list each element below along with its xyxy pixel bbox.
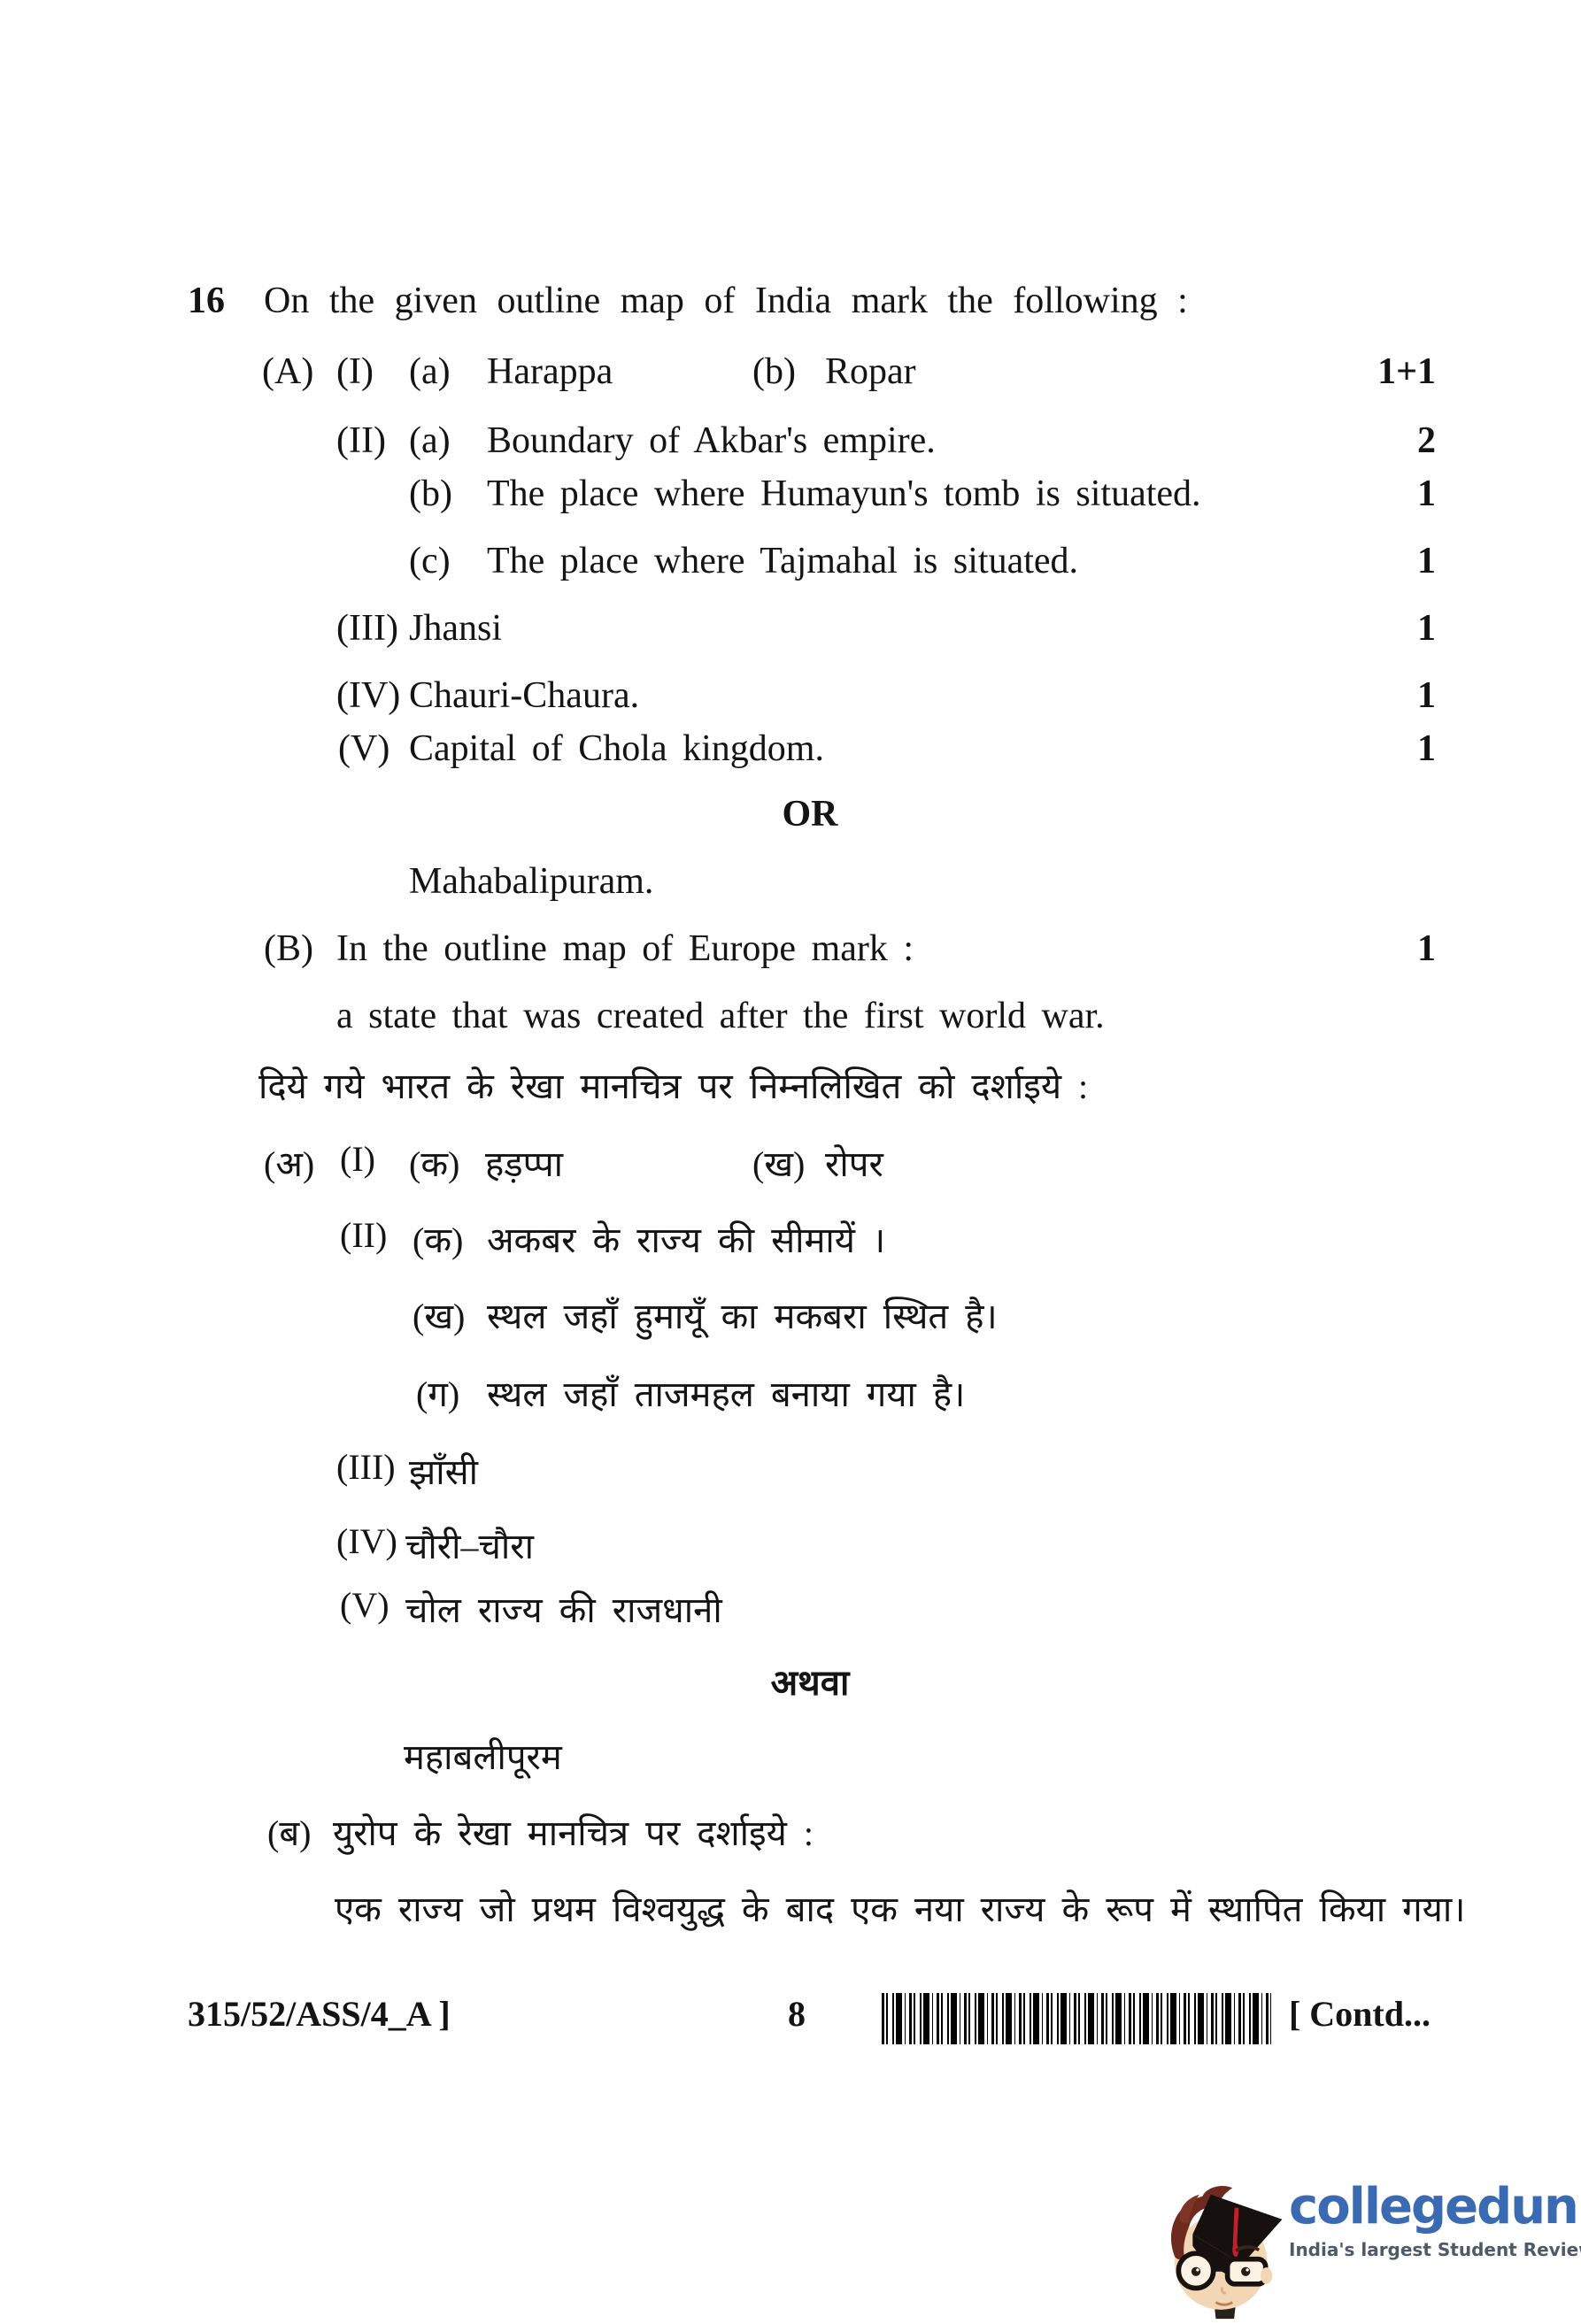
item-text: Boundary of Akbar's empire. (487, 419, 936, 462)
item-text: Chauri-Chaura. (409, 674, 639, 717)
marks-value: 1 (1417, 607, 1436, 650)
part-b-label: (B) (264, 927, 313, 970)
row-hi-ii-ka: (II) (क) अकबर के राज्य की सीमायें । (0, 1214, 1581, 1273)
row-a-iii: (III) Jhansi 1 (0, 607, 1581, 666)
item-v-label: (V) (340, 1584, 389, 1626)
item-text: अकबर के राज्य की सीमायें । (487, 1214, 885, 1263)
row-a-ii-b: (b) The place where Humayun's tomb is si… (0, 473, 1581, 531)
row-a-ii-a: (II) (a) Boundary of Akbar's empire. 2 (0, 419, 1581, 478)
collegedunia-logo: collegedunia .com India's largest Studen… (1156, 2165, 1572, 2320)
row-b-hi: (ब) युरोप के रेखा मानचित्र पर दर्शाइये : (0, 1807, 1581, 1866)
sub-b-label: (b) (752, 350, 796, 393)
brand-name: collegedunia (1289, 2181, 1581, 2234)
row-a-ii-c: (c) The place where Tajmahal is situated… (0, 540, 1581, 598)
marks-value: 1 (1417, 727, 1436, 770)
question-intro-hi: दिये गये भारत के रेखा मानचित्र पर निम्नल… (258, 1060, 1088, 1109)
question-intro-en: On the given outline map of India mark t… (264, 280, 1188, 322)
item-text: The place where Tajmahal is situated. (487, 540, 1078, 582)
sub-kha-label: (ख) (752, 1138, 805, 1187)
item-v-label: (V) (338, 727, 389, 770)
sub-a-label: (a) (409, 350, 451, 393)
item-text: Capital of Chola kingdom. (409, 727, 824, 770)
row-alt-en: Mahabalipuram. (0, 860, 1581, 919)
marks-value: 1 (1417, 473, 1436, 515)
contd-label: [ Contd... (1289, 1993, 1431, 2035)
page-footer: 315/52/ASS/4_A ] 8 [ Contd... (0, 1993, 1581, 2051)
marks-value: 1 (1417, 674, 1436, 717)
item-text-2: Ropar (825, 350, 916, 393)
item-iii-label: (III) (336, 607, 398, 650)
row-a-i: (A) (I) (a) Harappa (b) Ropar 1+1 (0, 350, 1581, 409)
marks-value: 1+1 (1377, 350, 1436, 393)
row-hi-iii: (III) झाँसी (0, 1446, 1581, 1504)
part-a-label: (A) (262, 350, 313, 393)
sub-ka-label: (क) (413, 1214, 463, 1263)
row-b2-en: a state that was created after the first… (0, 995, 1581, 1053)
exam-paper-page: 16 On the given outline map of India mar… (0, 0, 1581, 2324)
item-ii-label: (II) (336, 419, 386, 462)
row-hi-v: (V) चोल राज्य की राजधानी (0, 1584, 1581, 1643)
item-text: a state that was created after the first… (336, 995, 1105, 1037)
item-text: एक राज्य जो प्रथम विश्वयुद्ध के बाद एक न… (335, 1883, 1465, 1932)
alt-text: महाबलीपूरम (404, 1731, 562, 1780)
item-i-label: (I) (336, 350, 374, 393)
item-text: The place where Humayun's tomb is situat… (487, 473, 1201, 515)
sub-c-label: (c) (409, 540, 451, 582)
sub-ga-label: (ग) (416, 1368, 459, 1417)
row-hi-ii-kha: (ख) स्थल जहाँ हुमायूँ का मकबरा स्थित है। (0, 1290, 1581, 1349)
item-text: झाँसी (409, 1446, 478, 1495)
sub-ka-label: (क) (409, 1138, 459, 1187)
item-text: स्थल जहाँ हुमायूँ का मकबरा स्थित है। (487, 1290, 998, 1339)
sub-a-label: (a) (409, 419, 451, 462)
brand-tagline: India's largest Student Review Platform (1289, 2239, 1572, 2260)
row-hi-a-i: (अ) (I) (क) हड़प्पा (ख) रोपर (0, 1138, 1581, 1197)
marks-value: 1 (1417, 927, 1436, 970)
barcode (882, 1993, 1271, 2044)
item-text: चोल राज्य की राजधानी (405, 1584, 722, 1633)
marks-value: 1 (1417, 540, 1436, 582)
row-hi-ii-ga: (ग) स्थल जहाँ ताजमहल बनाया गया है। (0, 1368, 1581, 1427)
item-i-label: (I) (340, 1138, 375, 1180)
or-separator-hi: अथवा (186, 1657, 1434, 1715)
item-iii-label: (III) (336, 1446, 396, 1488)
part-a-label-hi: (अ) (264, 1138, 314, 1187)
item-ii-label: (II) (340, 1214, 387, 1256)
item-text: Harappa (487, 350, 613, 393)
or-separator-en: OR (186, 793, 1434, 851)
sub-b-label: (b) (409, 473, 452, 515)
item-iv-label: (IV) (336, 1520, 397, 1562)
item-iv-label: (IV) (336, 674, 400, 717)
item-text: स्थल जहाँ ताजमहल बनाया गया है। (487, 1368, 965, 1417)
question-number: 16 (188, 280, 225, 322)
item-text-2: रोपर (825, 1138, 883, 1187)
item-text: चौरी–चौरा (405, 1520, 534, 1569)
row-b-en: (B) In the outline map of Europe mark : … (0, 927, 1581, 986)
question-intro-hi-line: दिये गये भारत के रेखा मानचित्र पर निम्नल… (0, 1060, 1581, 1119)
question-intro-line: 16 On the given outline map of India mar… (0, 280, 1581, 338)
item-text: हड़प्पा (485, 1138, 563, 1187)
page-number: 8 (770, 1993, 823, 2035)
row-hi-iv: (IV) चौरी–चौरा (0, 1520, 1581, 1579)
item-text: Jhansi (409, 607, 502, 650)
alt-text: Mahabalipuram. (409, 860, 653, 903)
paper-code: 315/52/ASS/4_A ] (188, 1993, 451, 2035)
row-b2-hi: एक राज्य जो प्रथम विश्वयुद्ध के बाद एक न… (0, 1883, 1581, 1942)
row-alt-hi: महाबलीपूरम (0, 1731, 1581, 1789)
sub-kha-label: (ख) (413, 1290, 465, 1339)
mascot-boy-icon (1156, 2165, 1289, 2320)
marks-value: 2 (1417, 419, 1436, 462)
row-a-v: (V) Capital of Chola kingdom. 1 (0, 727, 1581, 786)
row-a-iv: (IV) Chauri-Chaura. 1 (0, 674, 1581, 733)
part-b-label-hi: (ब) (267, 1807, 311, 1856)
item-text: In the outline map of Europe mark : (336, 927, 914, 970)
item-text: युरोप के रेखा मानचित्र पर दर्शाइये : (333, 1807, 814, 1856)
